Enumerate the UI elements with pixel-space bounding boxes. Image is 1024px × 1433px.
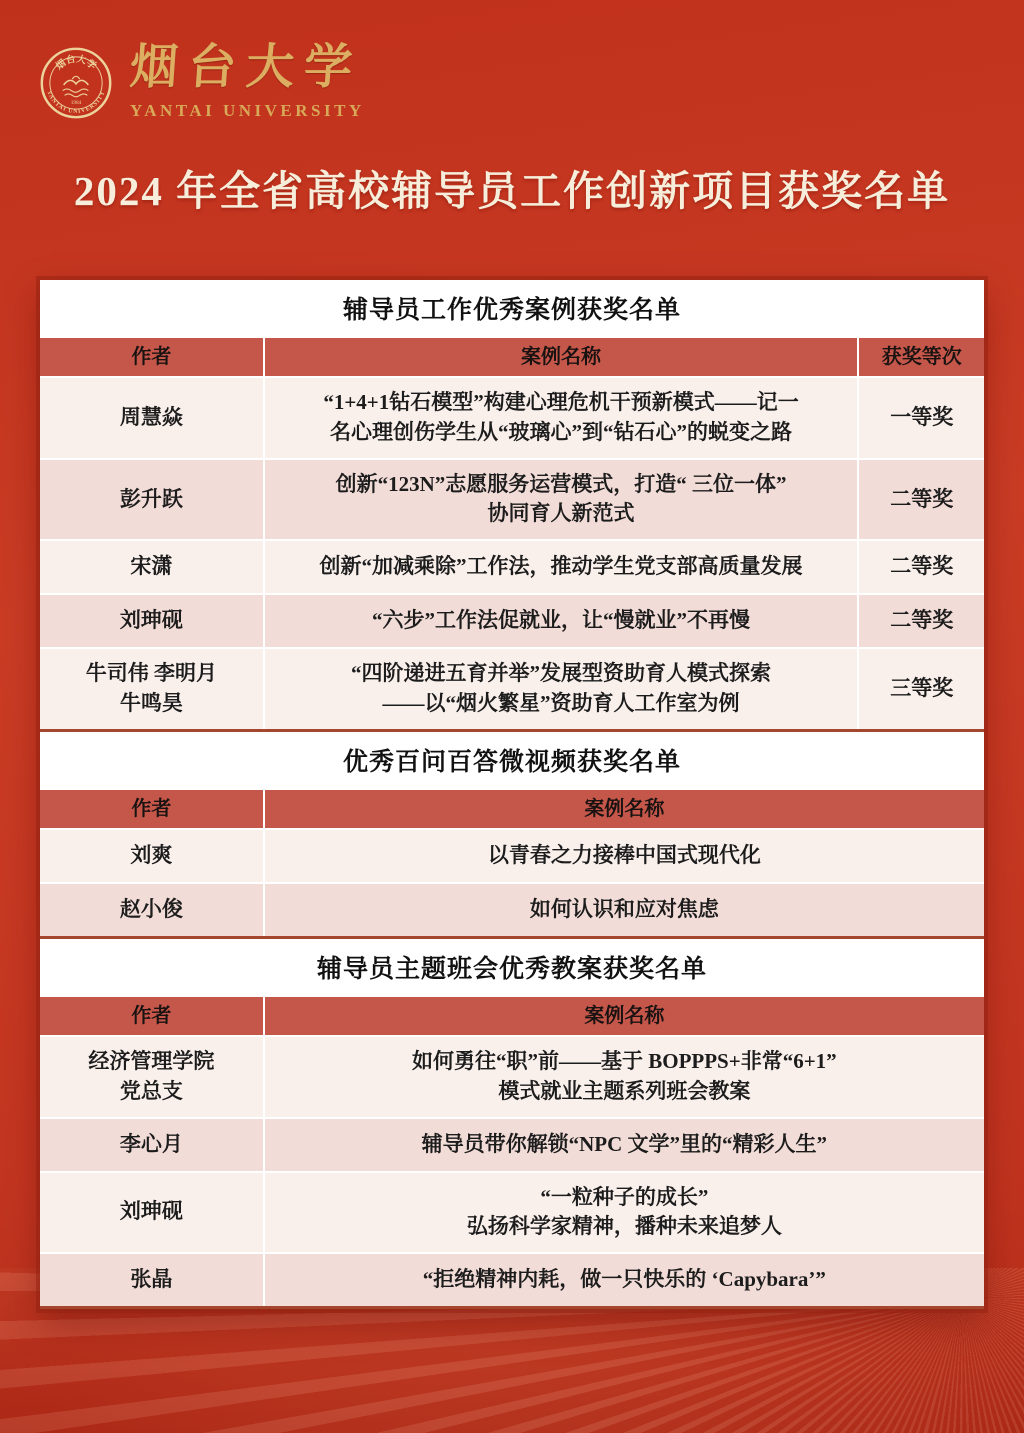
- logo-text-block: 烟台大学 YANTAI UNIVERSITY: [130, 44, 365, 121]
- author-cell: 张晶: [40, 1252, 265, 1306]
- case-cell: “拒绝精神内耗，做一只快乐的 ‘Capybara’”: [265, 1252, 984, 1306]
- author-cell: 经济管理学院 党总支: [40, 1035, 265, 1117]
- award-table: 作者案例名称刘爽以青春之力接棒中国式现代化赵小俊如何认识和应对焦虑: [40, 788, 984, 939]
- column-header: 获奖等次: [859, 336, 984, 376]
- table-row: 张晶“拒绝精神内耗，做一只快乐的 ‘Capybara’”: [40, 1252, 984, 1306]
- award-cell: 二等奖: [859, 458, 984, 540]
- case-cell: 辅导员带你解锁“NPC 文学”里的“精彩人生”: [265, 1117, 984, 1171]
- award-cell: 一等奖: [859, 376, 984, 458]
- author-cell: 牛司伟 李明月 牛鸣昊: [40, 647, 265, 729]
- case-cell: “1+4+1钻石模型”构建心理危机干预新模式——记一 名心理创伤学生从“玻璃心”…: [265, 376, 860, 458]
- author-cell: 刘珅砚: [40, 1171, 265, 1253]
- table-row: 宋潇创新“加减乘除”工作法，推动学生党支部高质量发展二等奖: [40, 539, 984, 593]
- section-title: 辅导员工作优秀案例获奖名单: [40, 280, 984, 336]
- seal-year-text: 1984: [71, 99, 82, 105]
- section-title: 优秀百问百答微视频获奖名单: [40, 732, 984, 788]
- table-row: 赵小俊如何认识和应对焦虑: [40, 882, 984, 936]
- university-name-cn: 烟台大学: [128, 44, 366, 92]
- column-header: 作者: [40, 788, 265, 828]
- university-seal-icon: 烟台大学 YANTAI UNIVERSITY 1984: [38, 45, 114, 121]
- table-row: 经济管理学院 党总支如何勇往“职”前——基于 BOPPPS+非常“6+1” 模式…: [40, 1035, 984, 1117]
- column-header: 作者: [40, 995, 265, 1035]
- table-row: 牛司伟 李明月 牛鸣昊“四阶递进五育并举”发展型资助育人模式探索 ——以“烟火繁…: [40, 647, 984, 729]
- author-cell: 彭升跃: [40, 458, 265, 540]
- case-cell: 创新“加减乘除”工作法，推动学生党支部高质量发展: [265, 539, 860, 593]
- author-cell: 刘爽: [40, 828, 265, 882]
- section-title: 辅导员主题班会优秀教案获奖名单: [40, 939, 984, 995]
- table-row: 李心月辅导员带你解锁“NPC 文学”里的“精彩人生”: [40, 1117, 984, 1171]
- award-cell: 三等奖: [859, 647, 984, 729]
- table-row: 刘珅砚“六步”工作法促就业，让“慢就业”不再慢二等奖: [40, 593, 984, 647]
- case-cell: “六步”工作法促就业，让“慢就业”不再慢: [265, 593, 860, 647]
- university-logo: 烟台大学 YANTAI UNIVERSITY 1984 烟台大学 YANTAI …: [38, 44, 365, 121]
- author-cell: 刘珅砚: [40, 593, 265, 647]
- table-header-row: 作者案例名称获奖等次: [40, 336, 984, 376]
- case-cell: 如何认识和应对焦虑: [265, 882, 984, 936]
- case-cell: 以青春之力接棒中国式现代化: [265, 828, 984, 882]
- column-header: 作者: [40, 336, 265, 376]
- author-cell: 周慧焱: [40, 376, 265, 458]
- table-row: 周慧焱“1+4+1钻石模型”构建心理危机干预新模式——记一 名心理创伤学生从“玻…: [40, 376, 984, 458]
- case-cell: 如何勇往“职”前——基于 BOPPPS+非常“6+1” 模式就业主题系列班会教案: [265, 1035, 984, 1117]
- author-cell: 李心月: [40, 1117, 265, 1171]
- author-cell: 赵小俊: [40, 882, 265, 936]
- case-cell: “一粒种子的成长” 弘扬科学家精神，播种未来追梦人: [265, 1171, 984, 1253]
- table-row: 彭升跃创新“123N”志愿服务运营模式，打造“ 三位一体” 协同育人新范式二等奖: [40, 458, 984, 540]
- award-table: 作者案例名称经济管理学院 党总支如何勇往“职”前——基于 BOPPPS+非常“6…: [40, 995, 984, 1309]
- column-header: 案例名称: [265, 995, 984, 1035]
- university-name-en: YANTAI UNIVERSITY: [130, 101, 365, 121]
- award-list-card: 辅导员工作优秀案例获奖名单作者案例名称获奖等次周慧焱“1+4+1钻石模型”构建心…: [40, 280, 984, 1309]
- column-header: 案例名称: [265, 788, 984, 828]
- table-row: 刘爽以青春之力接棒中国式现代化: [40, 828, 984, 882]
- award-cell: 二等奖: [859, 593, 984, 647]
- award-cell: 二等奖: [859, 539, 984, 593]
- table-header-row: 作者案例名称: [40, 788, 984, 828]
- column-header: 案例名称: [265, 336, 860, 376]
- award-table: 作者案例名称获奖等次周慧焱“1+4+1钻石模型”构建心理危机干预新模式——记一 …: [40, 336, 984, 732]
- case-cell: “四阶递进五育并举”发展型资助育人模式探索 ——以“烟火繁星”资助育人工作室为例: [265, 647, 860, 729]
- page-title: 2024 年全省高校辅导员工作创新项目获奖名单: [0, 158, 1024, 217]
- award-poster: { "logo": { "seal_top_text": "烟台大学", "se…: [0, 0, 1024, 1433]
- case-cell: 创新“123N”志愿服务运营模式，打造“ 三位一体” 协同育人新范式: [265, 458, 860, 540]
- author-cell: 宋潇: [40, 539, 265, 593]
- table-row: 刘珅砚“一粒种子的成长” 弘扬科学家精神，播种未来追梦人: [40, 1171, 984, 1253]
- seal-top-text: 烟台大学: [53, 52, 99, 72]
- svg-text:烟台大学: 烟台大学: [53, 52, 99, 72]
- table-header-row: 作者案例名称: [40, 995, 984, 1035]
